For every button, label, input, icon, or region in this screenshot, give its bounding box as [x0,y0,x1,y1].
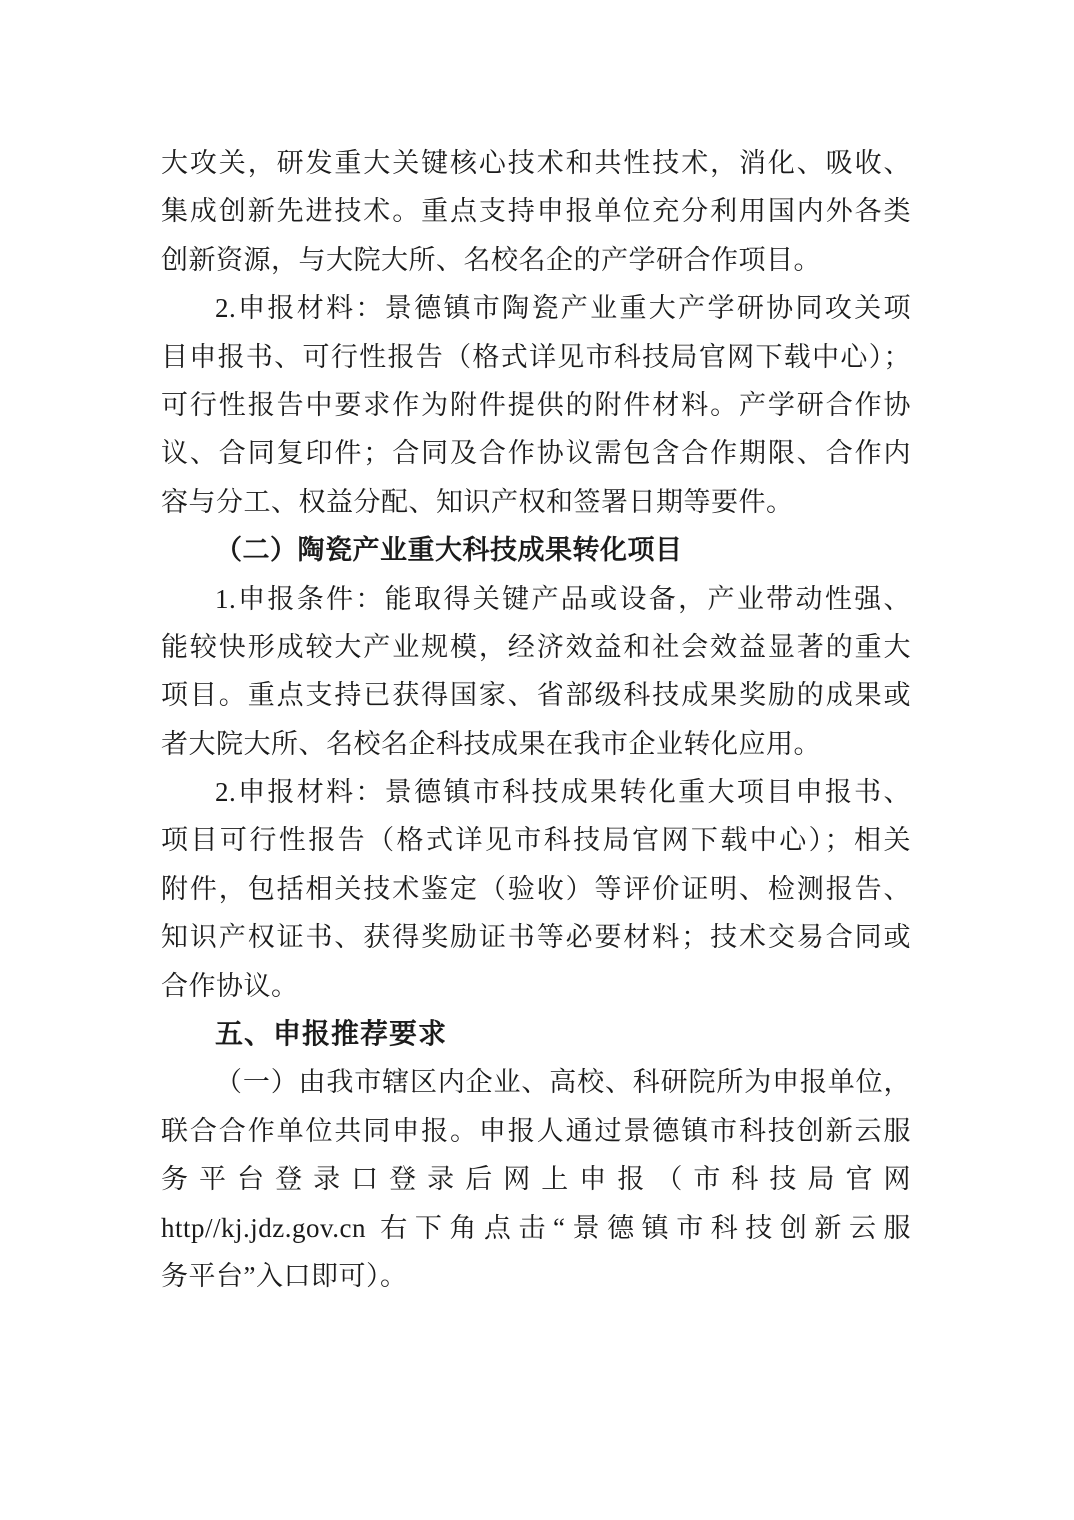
heading-subsection-2: （二）陶瓷产业重大科技成果转化项目 [161,526,911,574]
text-line: 附件，包括相关技术鉴定（验收）等评价证明、检测报告、 [161,865,911,913]
text-line: 大攻关，研发重大关键核心技术和共性技术，消化、吸收、 [161,139,911,187]
text-line: 知识产权证书、获得奖励证书等必要材料；技术交易合同或 [161,913,911,961]
text-line: 项目可行性报告（格式详见市科技局官网下载中心）；相关 [161,816,911,864]
text-line: 可行性报告中要求作为附件提供的附件材料。产学研合作协 [161,381,911,429]
page-text-block: 大攻关，研发重大关键核心技术和共性技术，消化、吸收、 集成创新先进技术。重点支持… [161,139,911,1300]
heading-section-5: 五、申报推荐要求 [161,1010,911,1058]
text-line: 项目。重点支持已获得国家、省部级科技成果奖励的成果或 [161,671,911,719]
text-line: 议、合同复印件；合同及合作协议需包含合作期限、合作内 [161,429,911,477]
text-line: 务平台”入口即可）。 [161,1252,911,1300]
text-line: 创新资源，与大院大所、名校名企的产学研合作项目。 [161,236,911,284]
text-line: 目申报书、可行性报告（格式详见市科技局官网下载中心）； [161,333,911,381]
document-page: 大攻关，研发重大关键核心技术和共性技术，消化、吸收、 集成创新先进技术。重点支持… [0,0,1074,1520]
text-line: 2.申报材料：景德镇市科技成果转化重大项目申报书、 [161,768,911,816]
text-line: 1.申报条件：能取得关键产品或设备，产业带动性强、 [161,575,911,623]
text-line: 务平台登录口登录后网上申报（市科技局官网 [161,1155,911,1203]
text-line: 集成创新先进技术。重点支持申报单位充分利用国内外各类 [161,187,911,235]
text-line: 2.申报材料：景德镇市陶瓷产业重大产学研协同攻关项 [161,284,911,332]
text-line: 能较快形成较大产业规模，经济效益和社会效益显著的重大 [161,623,911,671]
text-line: 容与分工、权益分配、知识产权和签署日期等要件。 [161,478,911,526]
text-line: http//kj.jdz.gov.cn 右下角点击“景德镇市科技创新云服 [161,1204,911,1252]
text-line: 联合合作单位共同申报。申报人通过景德镇市科技创新云服 [161,1107,911,1155]
text-line: （一）由我市辖区内企业、高校、科研院所为申报单位， [161,1058,911,1106]
text-line: 者大院大所、名校名企科技成果在我市企业转化应用。 [161,720,911,768]
text-line: 合作协议。 [161,962,911,1010]
